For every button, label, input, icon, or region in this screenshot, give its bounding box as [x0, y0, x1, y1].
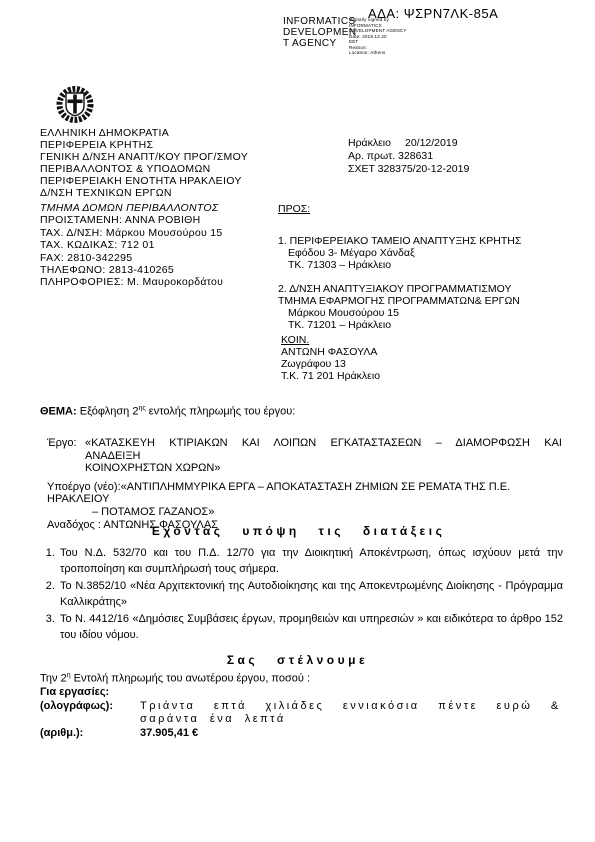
contact-line: FAX: 2810-342295: [40, 252, 223, 264]
contact-line: ΠΡΟΙΣΤΑΜΕΝΗ: ΑΝΝΑ ΡΟΒΙΘΗ: [40, 214, 223, 226]
department-name: ΤΜΗΜΑ ΔΟΜΩΝ ΠΕΡΙΒΑΛΛΟΝΤΟΣ: [40, 202, 223, 214]
org-line: Δ/ΝΣΗ ΤΕΧΝΙΚΩΝ ΕΡΓΩΝ: [40, 187, 248, 199]
subject-text-post: εντολής πληρωμής του έργου:: [146, 406, 296, 418]
letterhead-organisation: ΕΛΛΗΝΙΚΗ ΔΗΜΟΚΡΑΤΙΑ ΠΕΡΙΦΕΡΕΙΑ ΚΡΗΤΗΣ ΓΕ…: [40, 127, 248, 199]
cc-label: ΚΟΙΝ.: [281, 334, 380, 346]
contact-line: ΤΗΛΕΦΩΝΟ: 2813-410265: [40, 264, 223, 276]
numeric-label: (αριθμ.):: [40, 727, 140, 740]
recipient-1-address: Εφόδου 3- Μέγαρο Χάνδαξ: [278, 247, 521, 259]
recipients-to-block: ΠΡΟΣ: 1. ΠΕΡΙΦΕΡΕΙΑΚΟ ΤΑΜΕΙΟ ΑΝΑΠΤΥΞΗΣ Κ…: [278, 203, 521, 331]
recipient-1: 1. ΠΕΡΙΦΕΡΕΙΑΚΟ ΤΑΜΕΙΟ ΑΝΑΠΤΥΞΗΣ ΚΡΗΤΗΣ …: [278, 235, 521, 271]
signer-line: INFORMATICS: [283, 16, 345, 27]
org-line: ΕΛΛΗΝΙΚΗ ΔΗΜΟΚΡΑΤΙΑ: [40, 127, 248, 139]
digital-signature-stamp: INFORMATICS DEVELOPMEN T AGENCY Digitall…: [283, 16, 407, 56]
to-label: ΠΡΟΣ:: [278, 203, 521, 215]
subject-line: ΘΕΜΑ: Εξόφληση 2ης εντολής πληρωμής του …: [40, 405, 560, 418]
signature-detail-line: DEVELOPMENT AGENCY: [349, 28, 407, 34]
for-works-label: Για εργασίες:: [40, 686, 562, 699]
recipients-cc-block: ΚΟΙΝ. ΑΝΤΩΝΗ ΦΑΣΟΥΛΑ Ζωγράφου 13 Τ.Κ. 71…: [281, 334, 380, 382]
cc-name: ΑΝΤΩΝΗ ΦΑΣΟΥΛΑ: [281, 346, 380, 358]
payment-intro-line: Την 2η Εντολή πληρωμής του ανωτέρου έργο…: [40, 669, 562, 686]
place: Ηράκλειο: [348, 137, 391, 149]
reference-block: Ηράκλειο20/12/2019 Αρ. πρωτ. 328631 ΣΧΕΤ…: [348, 137, 469, 176]
org-line: ΓΕΝΙΚΗ Δ/ΝΣΗ ΑΝΑΠΤ/ΚΟΥ ΠΡΟΓ/ΣΜΟΥ: [40, 151, 248, 163]
payment-intro-post: Εντολή πληρωμής του ανωτέρου έργου, ποσο…: [71, 673, 310, 685]
provisions-heading: Έχοντας υπόψη τις διατάξεις: [0, 524, 595, 538]
amount-numeric-row: (αριθμ.): 37.905,41 €: [40, 727, 562, 740]
project-title-line1: «ΚΑΤΑΣΚΕΥΗ ΚΤΙΡΙΑΚΩΝ ΚΑΙ ΛΟΙΠΩΝ ΕΓΚΑΤΑΣΤ…: [85, 437, 562, 462]
amount-in-words-line2: σαράντα ένα λεπτά: [140, 713, 562, 726]
org-line: ΠΕΡΙΒΑΛΛΟΝΤΟΣ & ΥΠΟΔΟΜΩΝ: [40, 163, 248, 175]
amount-in-words-line1: Τριάντα επτά χιλιάδες εννιακόσια πέντε ε…: [140, 700, 562, 713]
signer-line: DEVELOPMEN: [283, 27, 345, 38]
letterhead-contact: ΤΜΗΜΑ ΔΟΜΩΝ ΠΕΡΙΒΑΛΛΟΝΤΟΣ ΠΡΟΙΣΤΑΜΕΝΗ: Α…: [40, 202, 223, 289]
cc-address: Ζωγράφου 13: [281, 358, 380, 370]
org-line: ΠΕΡΙΦΕΡΕΙΑΚΗ ΕΝΟΤΗΤΑ ΗΡΑΚΛΕΙΟΥ: [40, 175, 248, 187]
signature-details: Digitally signed by INFORMATICS DEVELOPM…: [349, 16, 407, 56]
project-title-line2: ΚΟΙΝΟΧΡΗΣΤΩΝ ΧΩΡΩΝ»: [85, 462, 562, 475]
document-date: 20/12/2019: [405, 137, 458, 149]
amount-in-words-row: (ολογράφως): Τριάντα επτά χιλιάδες εννια…: [40, 700, 562, 726]
project-label: Έργο:: [47, 437, 77, 450]
greek-coat-of-arms-icon: [53, 85, 97, 130]
recipient-2-subtitle: ΤΜΗΜΑ ΕΦΑΡΜΟΓΗΣ ΠΡΟΓΡΑΜΜΑΤΩΝ& ΕΡΓΩΝ: [278, 295, 521, 307]
recipient-1-postcode: ΤΚ. 71303 – Ηράκλειο: [278, 259, 521, 271]
signature-signer-name: INFORMATICS DEVELOPMEN T AGENCY: [283, 16, 345, 56]
payment-block: Την 2η Εντολή πληρωμής του ανωτέρου έργο…: [40, 669, 562, 740]
related-reference: ΣΧΕΤ 328375/20-12-2019: [348, 163, 469, 176]
protocol-number: Αρ. πρωτ. 328631: [348, 150, 469, 163]
amount-in-words: Τριάντα επτά χιλιάδες εννιακόσια πέντε ε…: [140, 700, 562, 726]
contact-line: ΤΑΧ. ΚΩΔΙΚΑΣ: 712 01: [40, 239, 223, 251]
subproject-title-line2: – ΠΟΤΑΜΟΣ ΓΑΖΑΝΟΣ»: [47, 506, 562, 519]
place-date-line: Ηράκλειο20/12/2019: [348, 137, 469, 150]
subproject-title: Υποέργο (νέο):«ΑΝΤΙΠΛΗΜΜΥΡΙΚΑ ΕΡΓΑ – ΑΠΟ…: [40, 481, 562, 519]
signer-line: T AGENCY: [283, 38, 345, 49]
document-page: ΑΔΑ: ΨΣΡΝ7ΛΚ-85Α INFORMATICS DEVELOPMEN …: [0, 0, 595, 842]
amount-numeric-value: 37.905,41 €: [140, 727, 562, 740]
provisions-list: Του Ν.Δ. 532/70 και του Π.Δ. 12/70 για τ…: [40, 546, 563, 645]
recipient-2-address: Μάρκου Μουσούρου 15: [278, 307, 521, 319]
payment-intro-pre: Την 2: [40, 673, 67, 685]
recipient-2-title: 2. Δ/ΝΣΗ ΑΝΑΠΤΥΞΙΑΚΟΥ ΠΡΟΓΡΑΜΜΑΤΙΣΜΟΥ: [278, 283, 521, 295]
in-words-label: (ολογράφως):: [40, 700, 140, 726]
subject-text-pre: Εξόφληση 2: [80, 406, 139, 418]
provision-item: Το Ν. 4412/16 «Δημόσιες Συμβάσεις έργων,…: [58, 612, 563, 643]
subject-ordinal-sup: ης: [138, 405, 145, 412]
provision-item: Το Ν.3852/10 «Νέα Αρχιτεκτονική της Αυτο…: [58, 579, 563, 610]
contact-line: ΤΑΧ. Δ/ΝΣΗ: Μάρκου Μουσούρου 15: [40, 227, 223, 239]
org-line: ΠΕΡΙΦΕΡΕΙΑ ΚΡΗΤΗΣ: [40, 139, 248, 151]
project-title: Έργο: «ΚΑΤΑΣΚΕΥΗ ΚΤΙΡΙΑΚΩΝ ΚΑΙ ΛΟΙΠΩΝ ΕΓ…: [40, 437, 562, 475]
cc-postcode: Τ.Κ. 71 201 Ηράκλειο: [281, 370, 380, 382]
recipient-2: 2. Δ/ΝΣΗ ΑΝΑΠΤΥΞΙΑΚΟΥ ΠΡΟΓΡΑΜΜΑΤΙΣΜΟΥ ΤΜ…: [278, 283, 521, 331]
subject-label: ΘΕΜΑ:: [40, 406, 77, 418]
recipient-2-postcode: ΤΚ. 71201 – Ηράκλειο: [278, 319, 521, 331]
send-heading: Σας στέλνουμε: [0, 653, 595, 667]
project-block: Έργο: «ΚΑΤΑΣΚΕΥΗ ΚΤΙΡΙΑΚΩΝ ΚΑΙ ΛΟΙΠΩΝ ΕΓ…: [40, 437, 562, 532]
contact-line: ΠΛΗΡΟΦΟΡΙΕΣ: Μ. Μαυροκορδάτου: [40, 276, 223, 288]
signature-detail-line: Location: Athens: [349, 50, 407, 56]
provision-item: Του Ν.Δ. 532/70 και του Π.Δ. 12/70 για τ…: [58, 546, 563, 577]
subproject-label: Υποέργο (νέο):: [47, 481, 121, 493]
recipient-1-title: 1. ΠΕΡΙΦΕΡΕΙΑΚΟ ΤΑΜΕΙΟ ΑΝΑΠΤΥΞΗΣ ΚΡΗΤΗΣ: [278, 235, 521, 247]
